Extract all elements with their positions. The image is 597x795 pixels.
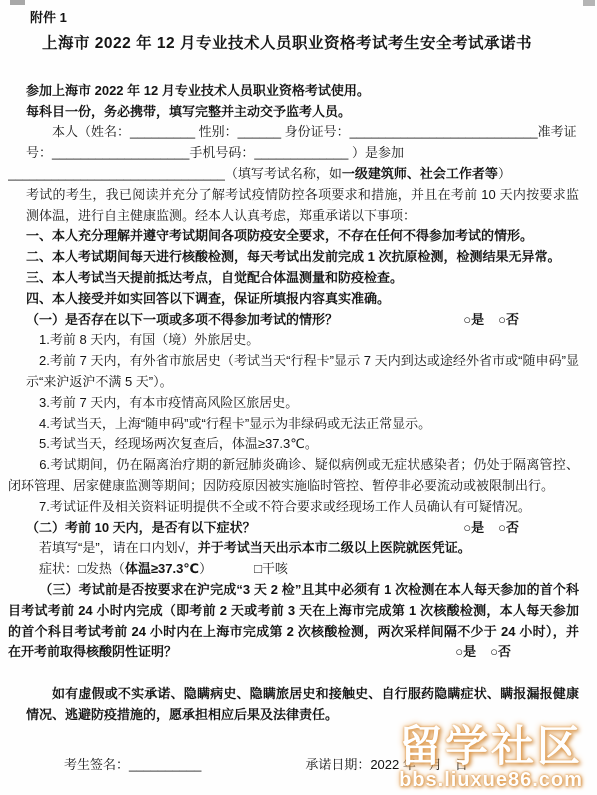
question-1-text: （一）是否存在以下一项或多项不得参加考试的情形？ — [26, 312, 338, 327]
exam-name-note: （填写考试名称，如 — [225, 166, 342, 181]
symptom-label: 症状： — [39, 561, 78, 576]
commitment-2: 二、本人考试期间每天进行核酸检测，每天考试出发前完成 1 次抗原检测，检测结果无… — [26, 247, 579, 268]
question-2-note-prefix: 若填写“是”，请在口内划√， — [39, 540, 198, 555]
question-2: （二）考前 10 天内，是否有以下症状？○是○否 — [26, 518, 579, 539]
question-2-options: ○是○否 — [463, 518, 519, 539]
commitment-3: 三、本人考试当天提前抵达考点，自觉配合体温测量和防疫检查。 — [26, 268, 579, 289]
situation-item-5: 5.考试当天，经现场两次复查后，体温≥37.3℃。 — [26, 434, 579, 455]
situation-item-3: 3.考前 7 天内，有本市疫情高风险区旅居史。 — [26, 393, 579, 414]
commitment-1: 一、本人充分理解并遵守考试期间各项防疫安全要求，不存在任何不得参加考试的情形。 — [26, 226, 579, 247]
commitment-4: 四、本人接受并如实回答以下调查，保证所填报内容真实准确。 — [26, 289, 579, 310]
question-2-text: （二）考前 10 天内，是否有以下症状？ — [26, 520, 256, 535]
symptom-line: 症状：□发热（体温≥37.3℃）□干咳 — [26, 559, 579, 580]
usage-note-line2: 每科目一份，务必携带，填写完整并主动交予监考人员。 — [26, 102, 579, 123]
form-fill-line3: ______________________________（填写考试名称，如一… — [8, 164, 579, 185]
exam-name-blank: ______________________________ — [8, 166, 225, 181]
situation-item-7: 7.考试证件及相关资料证明提供不全或不符合要求或经现场工作人员确认有可疑情况。 — [26, 497, 579, 518]
signature-name-field: 考生签名：__________ — [64, 754, 201, 775]
exam-name-examples: 一级建筑师、社会工作者等 — [342, 166, 498, 181]
situation-item-1: 1.考前 8 天内，有国（境）外旅居史。 — [26, 330, 579, 351]
question-1-options: ○是○否 — [463, 310, 519, 331]
document-page: 附件 1 上海市 2022 年 12 月专业技术人员职业资格考试考生安全考试承诺… — [0, 0, 597, 795]
exam-name-note-close: ） — [498, 166, 511, 181]
form-fill-line1: 本人（姓名：_________ 性别：______ 身份证号：_________… — [26, 122, 579, 143]
declaration-intro: 考试的考生，我已阅读并充分了解考试疫情防控各项要求和措施，并且在考前 10 天内… — [26, 185, 579, 227]
symptom-fever-close: ） — [199, 561, 212, 576]
signature-date-field: 承诺日期：2022 年 月 日 — [305, 754, 468, 775]
question-2-radio-no: ○否 — [498, 520, 519, 535]
question-2-note-bold: 并于考试当天出示本市二级以上医院就医凭证。 — [198, 540, 471, 555]
question-2-radio-yes: ○是 — [463, 520, 484, 535]
symptom-fever-temp: 体温≥37.3℃ — [125, 561, 199, 576]
question-3: （三）考试前是否按要求在沪完成“3 天 2 检”且其中必须有 1 次检测在本人每… — [8, 580, 579, 663]
document-title: 上海市 2022 年 12 月专业技术人员职业资格考试考生安全考试承诺书 — [42, 31, 579, 53]
attachment-label: 附件 1 — [30, 8, 579, 29]
question-1-radio-no: ○否 — [498, 312, 519, 327]
situation-item-6: 6.考试期间，仍在隔离治疗期的新冠肺炎确诊、疑似病例或无症状感染者；仍处于隔离管… — [8, 455, 579, 497]
usage-note-line1: 参加上海市 2022 年 12 月专业技术人员职业资格考试使用。 — [26, 81, 579, 102]
document-body: 附件 1 上海市 2022 年 12 月专业技术人员职业资格考试考生安全考试承诺… — [0, 0, 597, 775]
question-3-radio-yes: ○是 — [455, 644, 476, 659]
situation-item-2: 2.考前 7 天内，有外省市旅居史（考试当天“行程卡”显示 7 天内到达或途经外… — [26, 351, 579, 393]
situation-item-4: 4.考试当天，上海“随申码”或“行程卡”显示为非绿码或无法正常显示。 — [26, 414, 579, 435]
question-1-radio-yes: ○是 — [463, 312, 484, 327]
question-3-radio-no: ○否 — [490, 644, 511, 659]
signature-row: 考生签名：__________ 承诺日期：2022 年 月 日 — [26, 754, 579, 775]
symptom-cough-checkbox: □干咳 — [254, 561, 288, 576]
question-3-options: ○是○否 — [424, 642, 511, 663]
closing-statement: 如有虚假或不实承诺、隐瞒病史、隐瞒旅居史和接触史、自行服药隐瞒症状、瞒报漏报健康… — [26, 684, 579, 726]
form-fill-line2: 号：___________________手机号码：_____________ … — [26, 143, 579, 164]
question-1: （一）是否存在以下一项或多项不得参加考试的情形？○是○否 — [26, 310, 579, 331]
symptom-fever-checkbox: □发热（ — [78, 561, 125, 576]
question-2-note: 若填写“是”，请在口内划√，并于考试当天出示本市二级以上医院就医凭证。 — [26, 538, 579, 559]
